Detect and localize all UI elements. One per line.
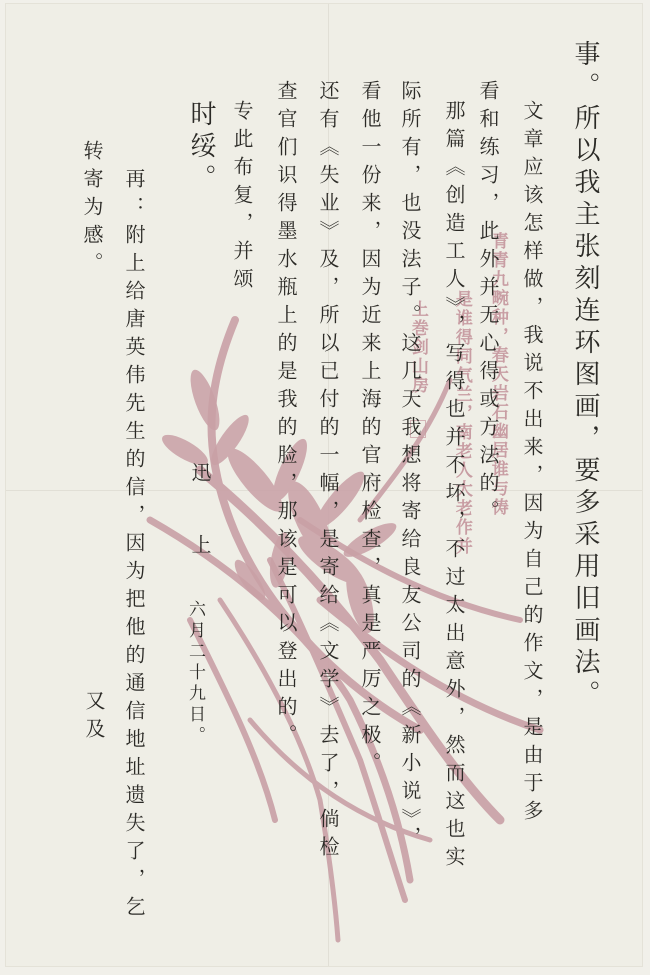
letter-column-6: 看他一份来，因为近来上海的官府检查，真是严厉之极。	[360, 80, 380, 780]
letter-column-4: 那篇《创造工人》，写得也并不坏，不过太出意外，然而这也实	[444, 100, 464, 874]
letter-column-1: 事。所以我主张刻连环图画，要多采用旧画法。	[572, 40, 598, 712]
letter-column-9: 专此布复，并颂	[232, 100, 252, 296]
letter-column-8: 查官们识得墨水瓶上的是我的脸，那该是可以登出的。	[276, 80, 296, 752]
letter-column-7: 还有《失业》及，所以已付的一幅，是寄给《文学》去了，倘检	[318, 80, 338, 864]
postscript-line-2: 转寄为感。	[82, 140, 102, 280]
signature: 迅 上	[190, 462, 210, 568]
letter-column-2: 文章应该怎样做，我说不出来，因为自己的作文，是由于多	[522, 100, 542, 828]
letter-date: 六月二十九日。	[186, 600, 203, 747]
letter-column-5: 际所有，也没法子。这几天我想将寄给良友公司的《新小说》，	[400, 80, 420, 854]
letter-column-10: 时绥。	[188, 100, 214, 196]
postscript-line-1: 再：附上给唐英伟先生的信，因为把他的通信地址遗失了，乞	[124, 168, 144, 924]
postscript-closing: 又及	[84, 690, 104, 746]
letter-column-3: 看和练习，此外并无心得或方法的。	[478, 80, 498, 528]
